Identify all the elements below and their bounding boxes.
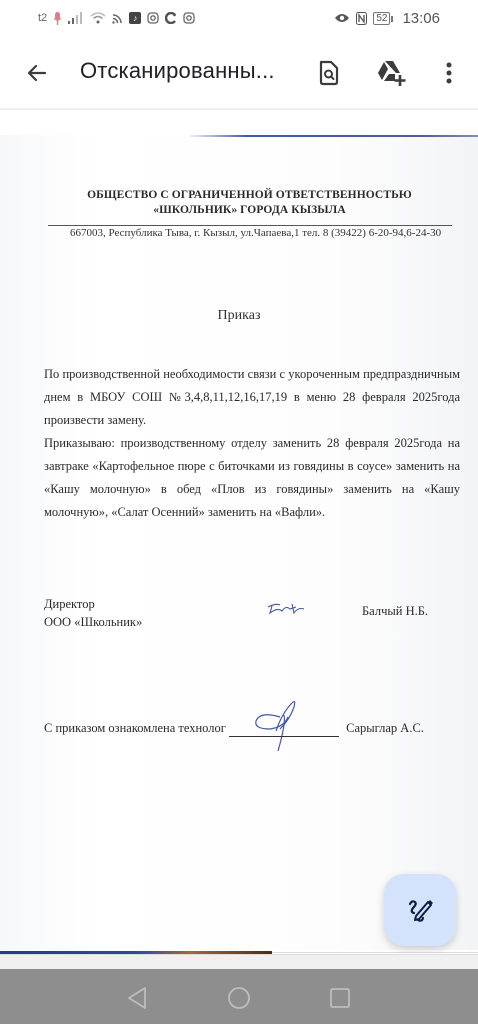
signer-position-line1: Директор xyxy=(44,595,142,613)
wifi-icon xyxy=(90,12,106,24)
draw-edit-icon xyxy=(406,896,434,924)
nav-home-button[interactable] xyxy=(224,983,254,1013)
scanned-page: ОБЩЕСТВО С ОГРАНИЧЕННОЙ ОТВЕТСТВЕННОСТЬЮ… xyxy=(0,135,478,950)
add-to-drive-icon xyxy=(376,59,406,87)
paragraph-order: Приказываю: производственному отделу зам… xyxy=(44,432,460,524)
eye-icon xyxy=(334,13,350,23)
app-bar: Отсканированны... xyxy=(0,36,478,110)
header-divider xyxy=(48,225,452,226)
recents-square-icon xyxy=(329,987,351,1009)
page-edge-line xyxy=(190,135,478,137)
carrier-label: t2 xyxy=(38,12,47,24)
page-title: Отсканированны... xyxy=(80,58,275,84)
instagram-icon xyxy=(147,12,159,24)
cast-icon xyxy=(112,13,123,24)
status-left: t2 ♪ xyxy=(38,12,195,25)
search-document-icon xyxy=(317,60,341,86)
microphone-icon xyxy=(53,12,62,25)
order-title: Приказ xyxy=(0,308,478,324)
organization-address: 667003, Республика Тыва, г. Кызыл, ул.Ча… xyxy=(70,227,441,239)
paragraph-reason: По производственной необходимости связи … xyxy=(44,363,460,432)
signer-position: Директор ООО «Школьник» xyxy=(44,595,142,631)
nfc-icon xyxy=(356,12,367,25)
back-triangle-icon xyxy=(126,986,148,1010)
instagram-icon xyxy=(183,12,195,24)
more-options-icon xyxy=(445,61,453,85)
page-bottom-dash xyxy=(272,952,478,953)
acknowledgement-label: С приказом ознакомлена технолог xyxy=(44,721,226,735)
acknowledgement-name: Сарыглар А.С. xyxy=(346,721,424,735)
signal-icon xyxy=(68,12,84,24)
arrow-back-icon xyxy=(25,61,49,85)
acknowledgement-line: С приказом ознакомлена технолог Сарыглар… xyxy=(44,721,424,736)
document-viewer[interactable]: ОБЩЕСТВО С ОГРАНИЧЕННОЙ ОТВЕТСТВЕННОСТЬЮ… xyxy=(0,110,478,968)
signer-name: Балчый Н.Б. xyxy=(362,604,428,619)
director-signature xyxy=(266,601,306,617)
nav-back-button[interactable] xyxy=(122,983,152,1013)
back-button[interactable] xyxy=(22,58,52,88)
battery-indicator: 52 xyxy=(373,12,390,25)
bottom-divider xyxy=(0,954,478,969)
organization-name: ОБЩЕСТВО С ОГРАНИЧЕННОЙ ОТВЕТСТВЕННОСТЬЮ… xyxy=(0,188,478,218)
add-to-drive-button[interactable] xyxy=(374,56,408,90)
home-circle-icon xyxy=(227,986,251,1010)
music-app-icon: ♪ xyxy=(129,12,141,24)
nav-recents-button[interactable] xyxy=(325,983,355,1013)
signature-underline xyxy=(229,736,339,737)
signer-position-line2: ООО «Школьник» xyxy=(44,613,142,631)
annotate-fab[interactable] xyxy=(384,874,456,946)
system-nav-bar xyxy=(0,969,478,1024)
clock: 13:06 xyxy=(402,10,440,27)
status-right: 52 13:06 xyxy=(334,10,440,27)
sync-app-icon xyxy=(165,12,177,24)
more-options-button[interactable] xyxy=(432,56,466,90)
org-name-line1: ОБЩЕСТВО С ОГРАНИЧЕННОЙ ОТВЕТСТВЕННОСТЬЮ xyxy=(0,188,478,203)
status-bar: t2 ♪ 52 13:06 xyxy=(0,0,478,36)
org-name-line2: «ШКОЛЬНИК» ГОРОДА КЫЗЫЛА xyxy=(0,203,478,218)
search-document-button[interactable] xyxy=(312,56,346,90)
